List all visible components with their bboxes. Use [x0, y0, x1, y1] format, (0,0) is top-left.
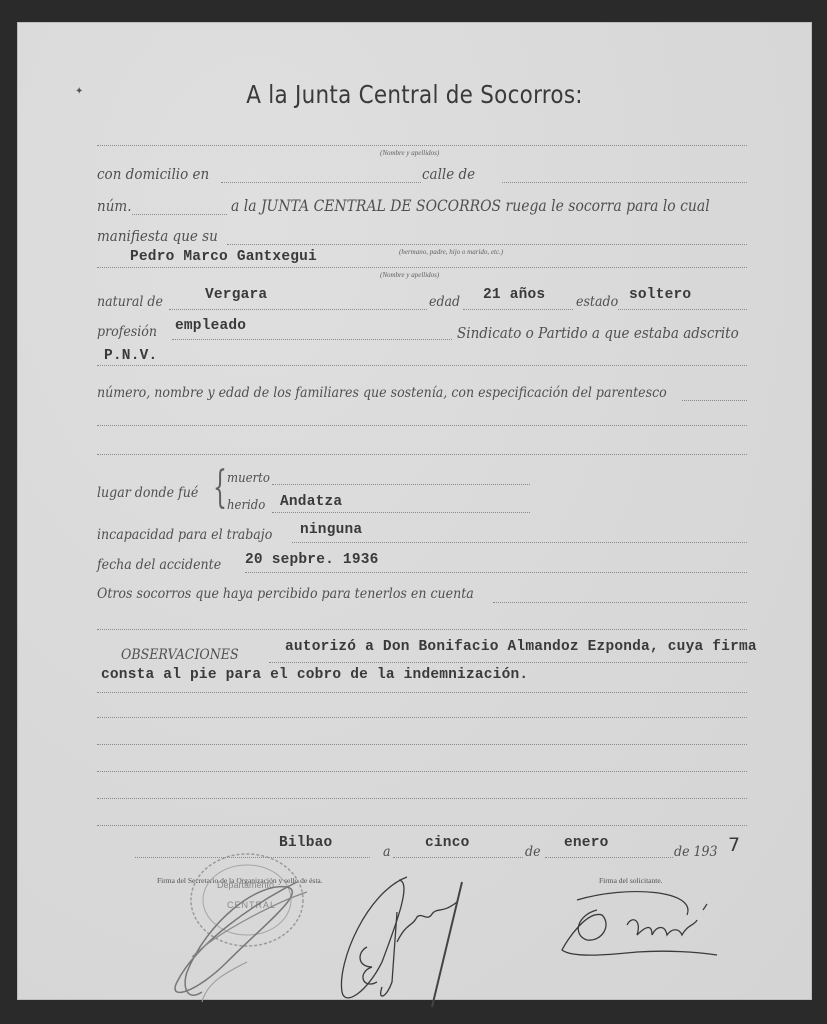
field-estado-line	[618, 309, 747, 310]
field-fecha-value[interactable]: 20 sepbre. 1936	[245, 552, 379, 568]
document-title: A la Junta Central de Socorros:	[73, 80, 757, 109]
field-edad-line	[463, 309, 573, 310]
label-manifiesta: manifiesta que su	[97, 227, 218, 245]
field-fecha-line	[245, 572, 747, 573]
label-calle: calle de	[422, 165, 475, 183]
field-herido-line	[272, 512, 530, 513]
field-profesion-value[interactable]: empleado	[175, 318, 246, 334]
field-incapacidad-value[interactable]: ninguna	[300, 522, 362, 538]
field-observaciones-value-2[interactable]: consta al pie para el cobro de la indemn…	[101, 667, 528, 683]
field-mes-value[interactable]: enero	[564, 835, 609, 851]
applicant-signature-icon	[557, 880, 727, 960]
field-num[interactable]	[132, 214, 227, 215]
authorized-signature-icon	[337, 872, 497, 1012]
field-observaciones-line-7[interactable]	[97, 825, 747, 826]
document-page: ✦ A la Junta Central de Socorros: (Nombr…	[17, 22, 812, 1000]
label-num: núm.	[97, 197, 131, 215]
label-edad: edad	[429, 294, 460, 310]
field-otros-line-2[interactable]	[97, 629, 747, 630]
field-relacion[interactable]	[227, 244, 747, 245]
field-dia-value[interactable]: cinco	[425, 835, 470, 851]
field-incapacidad-line	[292, 542, 747, 543]
field-observaciones-line-6[interactable]	[97, 798, 747, 799]
label-natural: natural de	[97, 294, 163, 310]
field-familiares[interactable]	[682, 400, 747, 401]
field-herido-value[interactable]: Andatza	[280, 494, 342, 510]
field-observaciones-line-1	[269, 662, 747, 663]
field-nombre-line	[97, 267, 747, 268]
label-de-2: de 193	[674, 844, 718, 860]
label-estado: estado	[576, 294, 618, 310]
label-profesion: profesión	[97, 324, 157, 340]
label-sindicato: Sindicato o Partido a que estaba adscrit…	[457, 324, 739, 342]
label-muerto: muerto	[227, 471, 270, 486]
secretary-signature-icon	[157, 862, 337, 1012]
label-otros: Otros socorros que haya percibido para t…	[97, 586, 474, 602]
field-mes-line	[545, 857, 673, 858]
hint-nombre-2: (Nombre y apellidos)	[380, 271, 439, 279]
field-observaciones-line-2	[97, 692, 747, 693]
field-estado-value[interactable]: soltero	[629, 287, 691, 303]
hint-relacion: (hermano, padre, hijo o marido, etc.)	[399, 248, 503, 256]
field-lugar-firma-value[interactable]: Bilbao	[279, 835, 332, 851]
field-calle[interactable]	[502, 182, 747, 183]
label-domicilio: con domicilio en	[97, 165, 209, 183]
label-de-1: de	[525, 844, 541, 860]
field-natural-value[interactable]: Vergara	[205, 287, 267, 303]
field-partido-line	[97, 365, 747, 366]
field-nombre-value[interactable]: Pedro Marco Gantxegui	[130, 249, 317, 265]
field-observaciones-line-4[interactable]	[97, 744, 747, 745]
field-domicilio[interactable]	[221, 182, 421, 183]
field-familiares-line-3[interactable]	[97, 454, 747, 455]
field-otros[interactable]	[493, 602, 747, 603]
field-anio-value[interactable]: 7	[728, 834, 740, 856]
label-lugar: lugar donde fué	[97, 485, 198, 501]
field-observaciones-line-3[interactable]	[97, 717, 747, 718]
label-fecha: fecha del accidente	[97, 557, 221, 573]
field-familiares-line-2[interactable]	[97, 425, 747, 426]
label-familiares: número, nombre y edad de los familiares …	[97, 385, 667, 401]
field-dia-line	[393, 857, 523, 858]
field-muerto[interactable]	[272, 484, 530, 485]
label-incapacidad: incapacidad para el trabajo	[97, 527, 272, 543]
field-profesion-line	[172, 339, 452, 340]
field-natural-line	[169, 309, 427, 310]
field-nombre-solicitante[interactable]	[97, 145, 747, 146]
label-a: a	[383, 844, 391, 860]
label-observaciones: OBSERVACIONES	[121, 647, 239, 663]
field-partido-value[interactable]: P.N.V.	[104, 348, 157, 364]
brace-icon: {	[213, 466, 227, 510]
field-observaciones-value-1[interactable]: autorizó a Don Bonifacio Almandoz Ezpond…	[285, 639, 757, 655]
hint-nombre-1: (Nombre y apellidos)	[380, 149, 439, 157]
field-edad-value[interactable]: 21 años	[483, 287, 545, 303]
label-junta-text: a la JUNTA CENTRAL DE SOCORROS ruega le …	[231, 197, 710, 215]
label-herido: herido	[227, 498, 265, 513]
field-observaciones-line-5[interactable]	[97, 771, 747, 772]
